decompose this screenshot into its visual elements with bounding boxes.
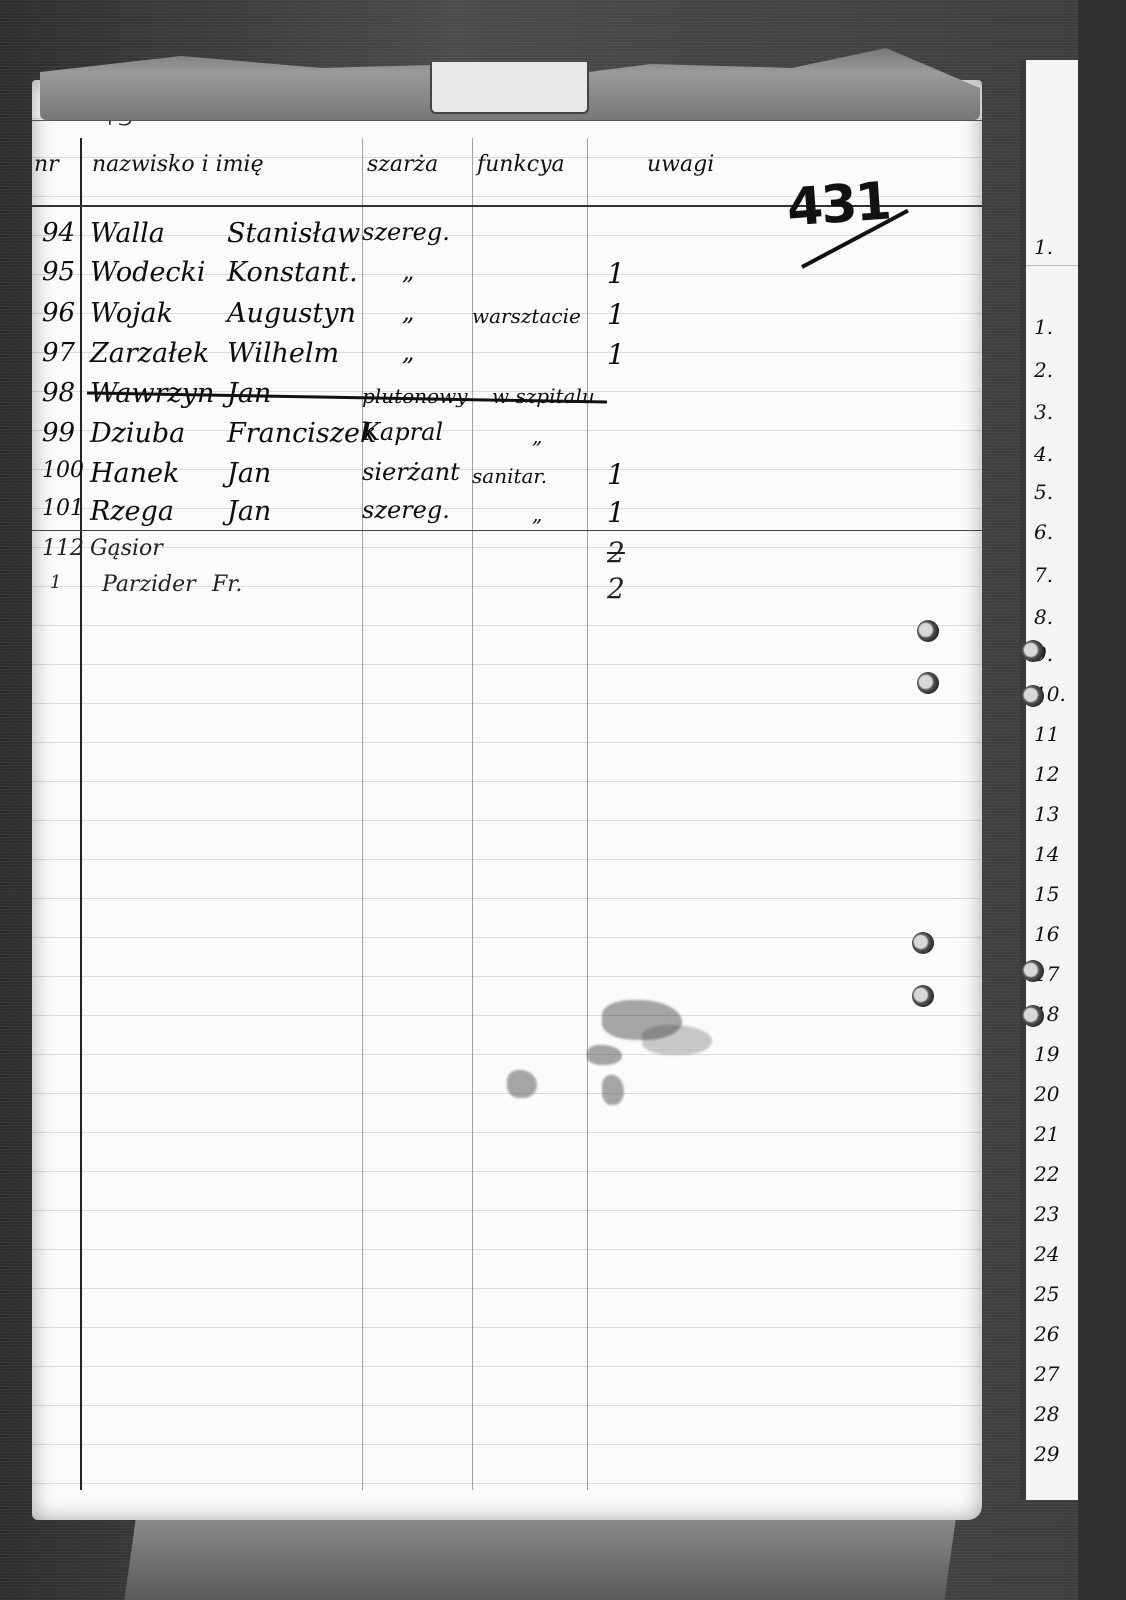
ink-stain [642, 1025, 712, 1055]
entry-nr: 99 [42, 418, 75, 448]
entry-surname: Dziuba [90, 418, 185, 449]
adjacent-row-number: 15 [1034, 882, 1059, 906]
adjacent-row-number: 16 [1034, 922, 1059, 946]
entry-remarks: 1 [607, 338, 625, 371]
header-rank: szarża [367, 152, 438, 177]
entry-rank: „ [402, 338, 414, 366]
punch-hole [1022, 640, 1044, 662]
adjacent-row-number: 21 [1034, 1122, 1059, 1146]
adjacent-row-number: 7. [1034, 563, 1053, 587]
entry-first-name: Wilhelm [227, 338, 339, 369]
entry-rank: szereg. [362, 496, 450, 524]
entry-rank: szereg. [362, 218, 450, 246]
entry-rank: „ [402, 298, 414, 326]
adjacent-row-number: 24 [1034, 1242, 1059, 1266]
entry-surname: Gąsior [90, 536, 163, 561]
punch-hole [1022, 1005, 1044, 1027]
entry-surname: Walla [90, 218, 165, 249]
register-row: 1 Parzider Fr. 2 [32, 570, 982, 608]
entry-nr: 94 [42, 218, 75, 248]
entry-first-name: Augustyn [227, 298, 356, 329]
register-row: 95 Wodecki Konstant. „ 1 [32, 255, 982, 293]
register-row: 94 Walla Stanisław szereg. [32, 216, 982, 254]
entry-first-name: Franciszek [227, 418, 376, 449]
entry-first-name: Fr. [212, 572, 242, 597]
register-page: 45 nr nazwisko i imię szarża funkcya uwa… [32, 80, 982, 1520]
adjacent-row-number: 19 [1034, 1042, 1059, 1066]
entry-first-name: Jan [227, 458, 271, 489]
header-name: nazwisko i imię [92, 152, 264, 177]
underlying-sheet [124, 1520, 955, 1600]
entry-rank: „ [402, 257, 414, 285]
punch-hole [1022, 960, 1044, 982]
entry-remarks: 1 [607, 298, 625, 331]
entry-nr: 100 [42, 458, 84, 483]
adjacent-row-number: 20 [1034, 1082, 1059, 1106]
entry-remarks: 1 [607, 496, 625, 529]
top-rule [32, 120, 982, 121]
entry-nr: 1 [50, 572, 61, 593]
binding-tab [430, 62, 589, 114]
ink-stain [507, 1070, 537, 1098]
adjacent-row-number: 22 [1034, 1162, 1059, 1186]
adjacent-row-number: 8. [1034, 605, 1053, 629]
ink-stain [587, 1045, 622, 1065]
adjacent-row-number: 13 [1034, 802, 1059, 826]
entry-nr: 96 [42, 298, 75, 328]
register-row: 101 Rzega Jan szereg. „ 1 [32, 494, 982, 532]
entry-remarks: 2 [607, 536, 625, 569]
adjacent-row-number: 4. [1034, 442, 1053, 466]
entry-surname: Rzega [90, 496, 174, 527]
entry-remarks: 1 [607, 458, 625, 491]
entry-remarks: 1 [607, 257, 625, 290]
entry-nr: 97 [42, 338, 75, 368]
adjacent-row-number: 2. [1034, 358, 1053, 382]
entry-surname: Wojak [90, 298, 173, 329]
register-row: 100 Hanek Jan sierżant sanitar. 1 [32, 456, 982, 494]
entry-surname: Parzider [102, 572, 196, 597]
entry-rank: sierżant [362, 458, 460, 486]
entry-surname: Hanek [90, 458, 179, 489]
adjacent-row-number: 26 [1034, 1322, 1059, 1346]
header-remarks: uwagi [647, 152, 714, 177]
adjacent-row-number: 28 [1034, 1402, 1059, 1426]
entry-first-name: Jan [227, 378, 271, 409]
entry-function: w szpitalu [492, 384, 595, 408]
entry-nr: 95 [42, 257, 75, 287]
punch-hole [1022, 685, 1044, 707]
punch-hole [912, 985, 934, 1007]
entry-function: sanitar. [472, 464, 547, 488]
entry-rank: Kapral [362, 418, 443, 446]
entry-first-name: Konstant. [227, 257, 358, 288]
entry-function: „ [532, 424, 542, 448]
header-function: funkcya [477, 152, 565, 177]
adjacent-page: 1. 1. 2. 3. 4. 5. 6. 7. 8. 9. 10. 11 12 … [1020, 60, 1084, 1500]
adjacent-row-number: 6. [1034, 520, 1053, 544]
punch-hole [917, 672, 939, 694]
register-row: 96 Wojak Augustyn „ warsztacie 1 [32, 296, 982, 334]
adjacent-row-number: 29 [1034, 1442, 1059, 1466]
punch-hole [917, 620, 939, 642]
ink-stain [602, 1075, 624, 1105]
entry-first-name: Stanisław [227, 218, 360, 249]
entry-function: „ [532, 502, 542, 526]
entry-nr: 101 [42, 496, 84, 521]
entry-surname: Wawrzyn [90, 378, 214, 409]
scan-edge-shadow [1078, 0, 1126, 1600]
adjacent-row-number: 25 [1034, 1282, 1059, 1306]
entry-rank: plutonowy [362, 384, 468, 408]
adjacent-row-number: 27 [1034, 1362, 1059, 1386]
adjacent-row-number: 1. [1034, 315, 1053, 339]
adjacent-row-number: 11 [1034, 722, 1059, 746]
adjacent-header-rule [1026, 265, 1084, 266]
register-row: 99 Dziuba Franciszek Kapral „ [32, 416, 982, 454]
entry-nr: 112 [42, 536, 84, 561]
entry-function: warsztacie [472, 304, 581, 328]
entry-first-name: Jan [227, 496, 271, 527]
register-row: 112 Gąsior 2 [32, 534, 982, 572]
register-row-struck: 98 Wawrzyn Jan plutonowy w szpitalu [32, 376, 982, 414]
entry-remarks: 2 [607, 572, 625, 605]
punch-hole [912, 932, 934, 954]
adjacent-row-number: 5. [1034, 480, 1053, 504]
entry-surname: Zarzałek [90, 338, 209, 369]
adjacent-row-number: 14 [1034, 842, 1059, 866]
register-row: 97 Zarzałek Wilhelm „ 1 [32, 336, 982, 374]
adjacent-row-number: 23 [1034, 1202, 1059, 1226]
entry-surname: Wodecki [90, 257, 206, 288]
header-nr: nr [34, 152, 59, 177]
adjacent-row-number: 12 [1034, 762, 1059, 786]
adjacent-page-header: 1. [1034, 235, 1053, 259]
adjacent-row-number: 3. [1034, 400, 1053, 424]
entry-nr: 98 [42, 378, 75, 408]
